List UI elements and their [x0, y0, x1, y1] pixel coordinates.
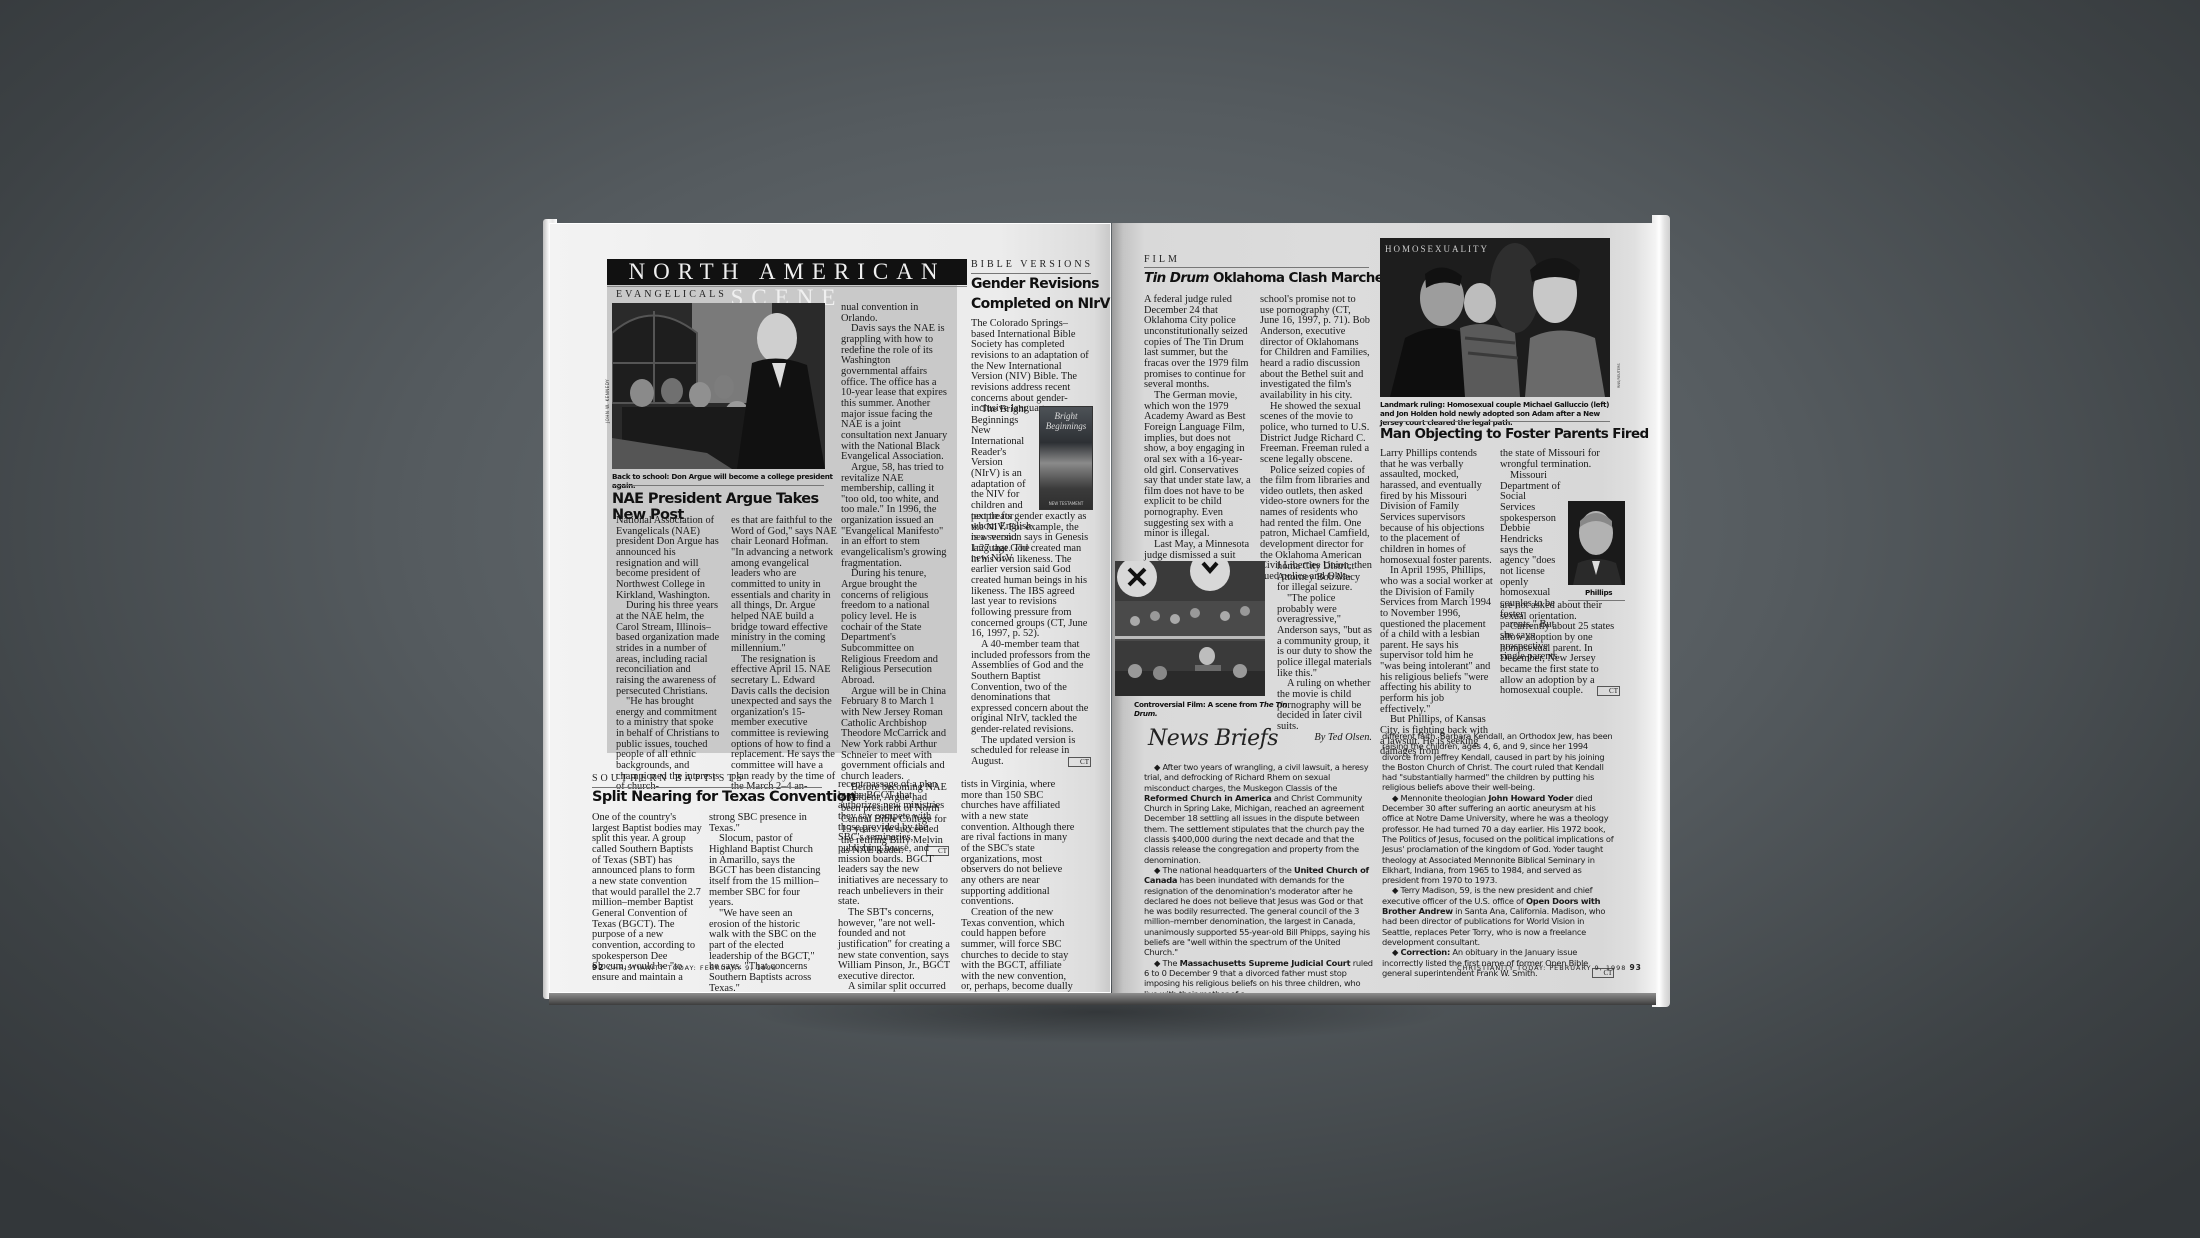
- bullet-diamond-icon: ◆: [1392, 885, 1398, 895]
- phillips-portrait: [1568, 501, 1625, 585]
- baptists-headline: Split Nearing for Texas Convention: [592, 789, 856, 805]
- argue-col2: es that are faithful to the Word of God,…: [731, 516, 837, 793]
- paragraph: Creation of the new Texas convention, wh…: [961, 908, 1076, 993]
- paragraph: text treats gender exactly as the NIV. F…: [971, 512, 1091, 640]
- folio-text: CHRISTIANITY TODAY: FEBRUARY 9, 1998: [1457, 964, 1626, 972]
- kicker-rule: [592, 787, 822, 788]
- argue-photo: [612, 303, 825, 469]
- page-92: NORTH AMERICAN SCENE EVANGELICALS: [549, 223, 1111, 993]
- brief-continuation: different faith. Barbara Kendall, an Ort…: [1382, 731, 1614, 793]
- phillips-caption: Phillips: [1585, 588, 1612, 597]
- brief-item: ◆ The Massachusetts Supreme Judicial Cou…: [1144, 958, 1374, 993]
- folio-right: CHRISTIANITY TODAY: FEBRUARY 9, 1998 93: [1457, 963, 1642, 972]
- section-banner: NORTH AMERICAN SCENE: [607, 259, 967, 285]
- tin-drum-caption: Controversial Film: A scene from The Tin…: [1134, 700, 1294, 718]
- bullet-diamond-icon: ◆: [1154, 958, 1160, 968]
- news-briefs-col1: ◆ After two years of wrangling, a civil …: [1144, 762, 1374, 993]
- argue-photo-caption: Back to school: Don Argue will become a …: [612, 472, 852, 490]
- foster-col1: Larry Phillips contends that he was verb…: [1380, 449, 1493, 758]
- paragraph: Currently about 25 states allow adoption…: [1500, 621, 1614, 696]
- phillips-illustration: [1568, 501, 1625, 585]
- paragraph: The Colorado Springs–based International…: [971, 319, 1091, 415]
- paragraph: A federal judge ruled December 24 that O…: [1144, 295, 1252, 391]
- paragraph: "The police probably were overagressive,…: [1277, 594, 1372, 679]
- brief-item: ◆ Terry Madison, 59, is the new presiden…: [1382, 885, 1614, 947]
- byline-ted-olsen: By Ted Olsen.: [1277, 733, 1372, 744]
- page-number: 92: [592, 963, 604, 972]
- paragraph: During his tenure, Argue brought the con…: [841, 569, 949, 686]
- paragraph: recent passage of a plan by the BGCT tha…: [838, 780, 950, 908]
- adoption-photo: HOMOSEXUALITY: [1380, 238, 1610, 397]
- bible-text-top: The Colorado Springs–based International…: [971, 319, 1091, 415]
- paragraph: school's promise not to use pornography …: [1260, 295, 1372, 402]
- banner-rule: [607, 286, 967, 287]
- baptists-col4: tists in Virginia, where more than 150 S…: [961, 780, 1076, 993]
- paragraph: Slocum, pastor of Highland Baptist Churc…: [709, 834, 821, 909]
- paragraph: The resignation is effective April 15. N…: [731, 655, 837, 794]
- paragraph: Argue will be in China February 8 to Mar…: [841, 687, 949, 783]
- baptists-col1: One of the country's largest Baptist bod…: [592, 813, 702, 984]
- brief-item: ◆ After two years of wrangling, a civil …: [1144, 762, 1374, 865]
- bullet-diamond-icon: ◆: [1392, 793, 1398, 803]
- photo-label-homosexuality: HOMOSEXUALITY: [1385, 244, 1489, 254]
- paragraph: A similar split occurred in 1996 among S…: [838, 982, 950, 993]
- news-briefs-col2: different faith. Barbara Kendall, an Ort…: [1382, 731, 1614, 978]
- foster-col2-after: are not asked about their sexual orienta…: [1500, 601, 1620, 697]
- kicker-bible-versions: BIBLE VERSIONS: [971, 259, 1096, 272]
- bullet-diamond-icon: ◆: [1154, 762, 1160, 772]
- cover-subtitle: NEW TESTAMENT: [1040, 501, 1092, 506]
- end-mark: CT: [1068, 757, 1091, 767]
- adoption-illustration: [1380, 238, 1610, 397]
- foster-headline: Man Objecting to Foster Parents Fired: [1380, 426, 1649, 442]
- tin-drum-illustration: [1115, 561, 1265, 696]
- bright-beginnings-cover: Bright Beginnings NEW TESTAMENT: [1039, 406, 1093, 510]
- argue-photo-illustration: [612, 303, 825, 469]
- caption-text: Controversial Film: A scene from: [1134, 700, 1259, 709]
- paragraph: es that are faithful to the Word of God,…: [731, 516, 837, 655]
- paragraph: tists in Virginia, where more than 150 S…: [961, 780, 1076, 908]
- paragraph: strong SBC presence in Texas.": [709, 813, 821, 834]
- paragraph: homa City District Attorney Bob Macy for…: [1277, 562, 1372, 594]
- page-number: 93: [1629, 963, 1641, 972]
- tin-drum-photo: [1115, 561, 1265, 696]
- photo-credit-rns: RNS/REUTERS: [1617, 363, 1621, 388]
- kicker-rule: [971, 273, 1091, 274]
- paragraph: The updated version is scheduled for rel…: [971, 735, 1075, 767]
- bottom-edge: [549, 993, 1656, 1005]
- film-col2: school's promise not to use pornography …: [1260, 295, 1372, 583]
- film-headline: Tin Drum Oklahoma Clash Marches On: [1144, 270, 1415, 286]
- bullet-diamond-icon: ◆: [1154, 865, 1160, 875]
- bible-text-after: text treats gender exactly as the NIV. F…: [971, 512, 1091, 768]
- paragraph: The German movie, which won the 1979 Aca…: [1144, 391, 1252, 540]
- paragraph: In April 1995, Phillips, who was a socia…: [1380, 566, 1493, 715]
- photo-credit-argue: JOHN W. KENNEDY: [605, 379, 610, 423]
- paragraph: A 40-member team that included professor…: [971, 640, 1091, 736]
- paragraph: are not asked about their sexual orienta…: [1500, 601, 1620, 622]
- caption-rule: [612, 485, 824, 486]
- paragraph: Argue, 58, has tried to revitalize NAE m…: [841, 463, 949, 570]
- kicker-rule: [1144, 267, 1369, 268]
- end-mark: CT: [1597, 686, 1620, 696]
- page-93: FILM Tin Drum Oklahoma Clash Marches On …: [1112, 223, 1656, 993]
- brief-item: ◆ The national headquarters of the Unite…: [1144, 865, 1374, 958]
- paragraph: the state of Missouri for wrongful termi…: [1500, 449, 1612, 470]
- headline-italic: Tin Drum: [1144, 270, 1209, 286]
- kicker-evangelicals: EVANGELICALS: [616, 289, 727, 300]
- brief-item: ◆ Mennonite theologian John Howard Yoder…: [1382, 793, 1614, 886]
- paragraph: The SBT's concerns, however, "are not we…: [838, 908, 950, 983]
- folio-left: 92 CHRISTIANITY TODAY: FEBRUARY 9, 1998: [592, 963, 777, 972]
- argue-col3: nual convention in Orlando. Davis says t…: [841, 303, 949, 857]
- paragraph: During his three years at the NAE helm, …: [616, 601, 721, 697]
- bullet-diamond-icon: ◆: [1392, 947, 1398, 957]
- cover-title: Bright Beginnings: [1040, 411, 1092, 431]
- adoption-photo-caption: Landmark ruling: Homosexual couple Micha…: [1380, 400, 1612, 427]
- paragraph: Davis says the NAE is grappling with how…: [841, 324, 949, 463]
- foster-col2-top: the state of Missouri for wrongful termi…: [1500, 449, 1612, 470]
- paragraph: nual convention in Orlando.: [841, 303, 949, 324]
- argue-col1: National Association of Evangelicals (NA…: [616, 516, 721, 793]
- news-briefs-title: News Briefs: [1148, 726, 1278, 751]
- paragraph: National Association of Evangelicals (NA…: [616, 516, 721, 601]
- baptists-col3: recent passage of a plan by the BGCT tha…: [838, 780, 950, 993]
- bible-headline-line1: Gender Revisions: [971, 276, 1099, 292]
- paragraph: "We have seen an erosion of the historic…: [709, 909, 821, 993]
- kicker-southern-baptists: SOUTHERN BAPTISTS: [592, 773, 745, 784]
- magazine-spread: NORTH AMERICAN SCENE EVANGELICALS: [549, 223, 1656, 993]
- paragraph: He showed the sexual scenes of the movie…: [1260, 402, 1372, 466]
- caption-rule: [1380, 421, 1610, 422]
- paragraph: Larry Phillips contends that he was verb…: [1380, 449, 1493, 566]
- folio-text: CHRISTIANITY TODAY: FEBRUARY 9, 1998: [608, 964, 777, 972]
- bible-headline-line2: Completed on NIrV: [971, 296, 1110, 312]
- kicker-film: FILM: [1144, 254, 1180, 265]
- paragraph: One of the country's largest Baptist bod…: [592, 813, 702, 984]
